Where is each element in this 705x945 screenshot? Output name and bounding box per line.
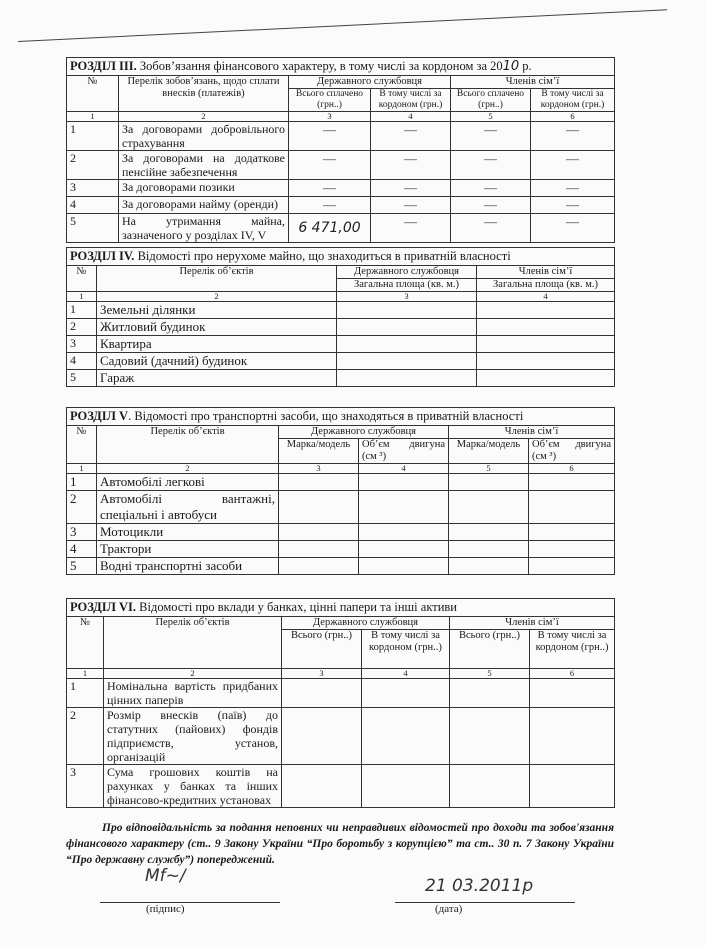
header-no: № xyxy=(67,617,104,669)
table-row: 3Квартира xyxy=(67,336,615,353)
table-row: 5Водні транспортні засоби xyxy=(67,558,615,575)
header-item: Перелік зобов’язань, щодо сплати внесків… xyxy=(119,76,289,112)
value-cell xyxy=(529,474,615,491)
col-number: 6 xyxy=(530,669,615,679)
value-cell: — xyxy=(451,151,531,180)
col-number: 6 xyxy=(531,112,615,122)
section-3-title: РОЗДІЛ ІІІ. Зобов’язання фінансового хар… xyxy=(67,58,615,76)
value-cell xyxy=(337,370,477,387)
col-number: 3 xyxy=(282,669,362,679)
section-3-table: РОЗДІЛ ІІІ. Зобов’язання фінансового хар… xyxy=(66,57,615,243)
row-number: 1 xyxy=(67,122,119,151)
row-item: Розмір внесків (паїв) до статутних (пайо… xyxy=(104,708,282,765)
col-number: 3 xyxy=(337,292,477,302)
row-number: 4 xyxy=(67,353,97,370)
row-item: Водні транспортні засоби xyxy=(97,558,279,575)
col-number: 2 xyxy=(97,464,279,474)
liability-statement: Про відповідальність за подання неповних… xyxy=(66,820,614,868)
value-cell: — xyxy=(531,151,615,180)
value-cell xyxy=(337,336,477,353)
col-number: 6 xyxy=(529,464,615,474)
table-row: 2Житловий будинок xyxy=(67,319,615,336)
value-cell: — xyxy=(531,122,615,151)
value-cell xyxy=(282,679,362,708)
header-civil-servant: Державного службовця xyxy=(289,76,451,89)
row-number: 5 xyxy=(67,558,97,575)
subheader: Об’єм двигуна (см ³) xyxy=(529,439,615,464)
row-number: 1 xyxy=(67,679,104,708)
value-cell xyxy=(279,558,359,575)
value-cell: — xyxy=(289,180,371,197)
col-number: 3 xyxy=(289,112,371,122)
value-cell xyxy=(279,541,359,558)
row-number: 3 xyxy=(67,765,104,808)
value-cell xyxy=(362,679,450,708)
subheader: Загальна площа (кв. м.) xyxy=(337,279,477,292)
row-number: 2 xyxy=(67,708,104,765)
value-cell xyxy=(449,558,529,575)
value-cell xyxy=(477,319,615,336)
header-no: № xyxy=(67,426,97,464)
value-cell: — xyxy=(371,197,451,214)
value-cell: — xyxy=(289,122,371,151)
value-cell: — xyxy=(451,197,531,214)
table-row: 5Гараж xyxy=(67,370,615,387)
subheader: Всього (грн..) xyxy=(282,630,362,669)
col-number: 2 xyxy=(104,669,282,679)
signature-block: Mf~/ (підпис) xyxy=(100,880,280,915)
row-item: За договорами на додаткове пенсійне забе… xyxy=(119,151,289,180)
row-item: Садовий (дачний) будинок xyxy=(97,353,337,370)
row-number: 3 xyxy=(67,180,119,197)
value-cell: — xyxy=(289,197,371,214)
row-item: Номінальна вартість придбаних цінних пап… xyxy=(104,679,282,708)
value-cell xyxy=(362,765,450,808)
row-item: Квартира xyxy=(97,336,337,353)
col-number: 4 xyxy=(359,464,449,474)
value-cell xyxy=(282,708,362,765)
table-row: 3Сума грошових коштів на рахунках у банк… xyxy=(67,765,615,808)
value-cell: — xyxy=(371,151,451,180)
table-row: 2 За договорами на додаткове пенсійне за… xyxy=(67,151,615,180)
value-cell xyxy=(530,679,615,708)
row-item: За договорами позики xyxy=(119,180,289,197)
value-cell xyxy=(477,370,615,387)
value-cell: — xyxy=(531,214,615,243)
statement-text: Про відповідальність за подання неповних… xyxy=(66,820,614,868)
subheader: В тому числі за кордоном (грн.) xyxy=(531,89,615,112)
table-row: 4Трактори xyxy=(67,541,615,558)
row-item: За договорами найму (оренди) xyxy=(119,197,289,214)
value-cell xyxy=(529,491,615,524)
section-5-table: РОЗДІЛ V. Відомості про транспортні засо… xyxy=(66,407,615,575)
row-number: 3 xyxy=(67,336,97,353)
header-family: Членів сім’ї xyxy=(477,266,615,279)
col-number: 4 xyxy=(371,112,451,122)
row-number: 1 xyxy=(67,474,97,491)
row-number: 5 xyxy=(67,214,119,243)
col-number: 1 xyxy=(67,112,119,122)
table-row: 1Автомобілі легкові xyxy=(67,474,615,491)
value-cell: — xyxy=(371,180,451,197)
table-row: 2Розмір внесків (паїв) до статутних (пай… xyxy=(67,708,615,765)
value-cell: — xyxy=(531,180,615,197)
row-number: 1 xyxy=(67,302,97,319)
signature-label: (підпис) xyxy=(146,903,280,915)
section-6-table: РОЗДІЛ VI. Відомості про вклади у банках… xyxy=(66,598,615,808)
header-family: Членів сім’ї xyxy=(449,426,615,439)
row-number: 5 xyxy=(67,370,97,387)
col-number: 3 xyxy=(279,464,359,474)
value-cell xyxy=(337,302,477,319)
row-item: Житловий будинок xyxy=(97,319,337,336)
row-number: 2 xyxy=(67,151,119,180)
row-number: 2 xyxy=(67,319,97,336)
row-item: Автомобілі вантажні, спеціальні і автобу… xyxy=(97,491,279,524)
subheader: Марка/модель xyxy=(449,439,529,464)
row-number: 2 xyxy=(67,491,97,524)
col-number: 1 xyxy=(67,669,104,679)
value-cell xyxy=(529,541,615,558)
handwritten-signature: Mf~/ xyxy=(145,866,186,886)
value-cell xyxy=(279,491,359,524)
value-cell xyxy=(359,524,449,541)
value-cell xyxy=(529,524,615,541)
row-number: 4 xyxy=(67,541,97,558)
section-6-title: РОЗДІЛ VI. Відомості про вклади у банках… xyxy=(67,599,615,617)
row-item: Автомобілі легкові xyxy=(97,474,279,491)
value-cell xyxy=(449,474,529,491)
handwritten-date: 21 03.2011р xyxy=(425,876,533,896)
value-cell: — xyxy=(289,151,371,180)
subheader: В тому числі за кордоном (грн..) xyxy=(530,630,615,669)
row-item: Сума грошових коштів на рахунках у банка… xyxy=(104,765,282,808)
handwritten-year: 10 xyxy=(503,59,520,74)
value-cell: — xyxy=(451,122,531,151)
header-no: № xyxy=(67,266,97,292)
value-cell: — xyxy=(371,214,451,243)
subheader: Всього сплачено (грн..) xyxy=(289,89,371,112)
subheader: Загальна площа (кв. м.) xyxy=(477,279,615,292)
subheader: В тому числі за кордоном (грн..) xyxy=(362,630,450,669)
col-number: 5 xyxy=(451,112,531,122)
row-number: 4 xyxy=(67,197,119,214)
value-cell xyxy=(529,558,615,575)
value-cell: — xyxy=(451,180,531,197)
scan-edge-line xyxy=(18,9,667,42)
value-cell xyxy=(362,708,450,765)
date-label: (дата) xyxy=(435,903,575,915)
value-cell xyxy=(477,302,615,319)
header-family: Членів сім’ї xyxy=(451,76,615,89)
table-row: 2Автомобілі вантажні, спеціальні і автоб… xyxy=(67,491,615,524)
subheader: Марка/модель xyxy=(279,439,359,464)
table-row: 1Номінальна вартість придбаних цінних па… xyxy=(67,679,615,708)
col-number: 4 xyxy=(362,669,450,679)
row-item: На утримання майна, зазначеного у розділ… xyxy=(119,214,289,243)
section-4-table: РОЗДІЛ IV. Відомості про нерухоме майно,… xyxy=(66,247,615,387)
value-cell xyxy=(279,474,359,491)
value-cell xyxy=(449,491,529,524)
header-civil-servant: Державного службовця xyxy=(337,266,477,279)
section-5-title: РОЗДІЛ V. Відомості про транспортні засо… xyxy=(67,408,615,426)
value-cell xyxy=(450,679,530,708)
value-cell xyxy=(477,336,615,353)
value-cell xyxy=(530,765,615,808)
date-line: 21 03.2011р xyxy=(395,880,575,903)
table-row: 3 За договорами позики — — — — xyxy=(67,180,615,197)
col-number: 2 xyxy=(119,112,289,122)
subheader: Всього (грн..) xyxy=(450,630,530,669)
col-number: 5 xyxy=(450,669,530,679)
table-row: 5 На утримання майна, зазначеного у розд… xyxy=(67,214,615,243)
value-cell xyxy=(337,319,477,336)
date-block: 21 03.2011р (дата) xyxy=(395,880,575,915)
row-item: Мотоцикли xyxy=(97,524,279,541)
header-civil-servant: Державного службовця xyxy=(279,426,449,439)
value-cell xyxy=(279,524,359,541)
header-no: № xyxy=(67,76,119,112)
col-number: 5 xyxy=(449,464,529,474)
value-cell xyxy=(530,708,615,765)
header-family: Членів сім’ї xyxy=(450,617,615,630)
table-row: 3Мотоцикли xyxy=(67,524,615,541)
header-item: Перелік об’єктів xyxy=(104,617,282,669)
value-cell xyxy=(449,541,529,558)
col-number: 1 xyxy=(67,292,97,302)
row-item: Трактори xyxy=(97,541,279,558)
subheader: Об’єм двигуна (см ³) xyxy=(359,439,449,464)
row-number: 3 xyxy=(67,524,97,541)
value-cell xyxy=(359,541,449,558)
row-item: Земельні ділянки xyxy=(97,302,337,319)
value-cell xyxy=(282,765,362,808)
table-row: 1 За договорами добровільного страхуванн… xyxy=(67,122,615,151)
value-cell: — xyxy=(451,214,531,243)
row-item: Гараж xyxy=(97,370,337,387)
section-4-title: РОЗДІЛ IV. Відомості про нерухоме майно,… xyxy=(67,248,615,266)
table-row: 1Земельні ділянки xyxy=(67,302,615,319)
col-number: 2 xyxy=(97,292,337,302)
col-number: 4 xyxy=(477,292,615,302)
signature-line: Mf~/ xyxy=(100,880,280,903)
table-row: 4Садовий (дачний) будинок xyxy=(67,353,615,370)
value-cell xyxy=(359,558,449,575)
value-cell: — xyxy=(531,197,615,214)
value-cell xyxy=(359,474,449,491)
header-item: Перелік об’єктів xyxy=(97,266,337,292)
value-cell xyxy=(450,708,530,765)
subheader: Всього сплачено (грн..) xyxy=(451,89,531,112)
handwritten-value: 6 471,00 xyxy=(289,214,371,243)
value-cell xyxy=(337,353,477,370)
value-cell xyxy=(450,765,530,808)
value-cell: — xyxy=(371,122,451,151)
table-row: 4 За договорами найму (оренди) — — — — xyxy=(67,197,615,214)
value-cell xyxy=(359,491,449,524)
value-cell xyxy=(477,353,615,370)
col-number: 1 xyxy=(67,464,97,474)
header-item: Перелік об’єктів xyxy=(97,426,279,464)
header-civil-servant: Державного службовця xyxy=(282,617,450,630)
row-item: За договорами добровільного страхування xyxy=(119,122,289,151)
value-cell xyxy=(449,524,529,541)
subheader: В тому числі за кордоном (грн.) xyxy=(371,89,451,112)
